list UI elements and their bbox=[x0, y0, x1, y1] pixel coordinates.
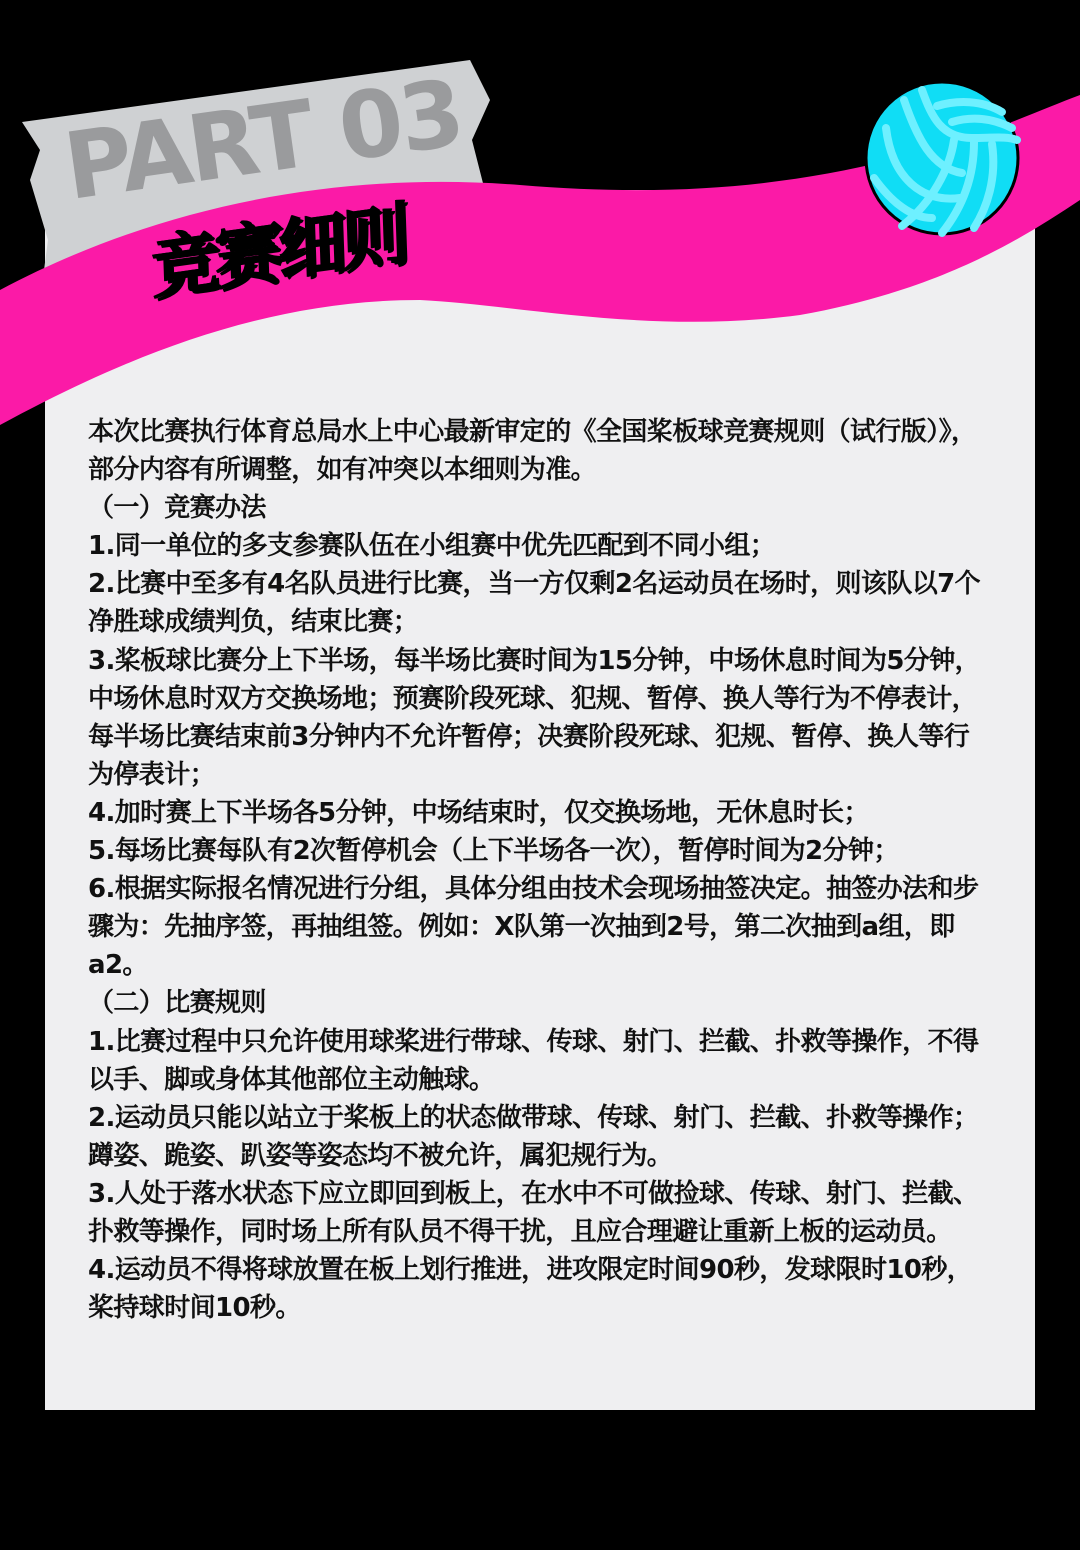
rule-item: 4.运动员不得将球放置在板上划行推进，进攻限定时间90秒，发球限时10秒，桨持球… bbox=[88, 1251, 993, 1327]
rules-text: 本次比赛执行体育总局水上中心最新审定的《全国桨板球竞赛规则（试行版）》，部分内容… bbox=[88, 413, 993, 1327]
rule-item: 5.每场比赛每队有2次暂停机会（上下半场各一次），暂停时间为2分钟； bbox=[88, 832, 993, 870]
rule-item: 6.根据实际报名情况进行分组，具体分组由技术会现场抽签决定。抽签办法和步骤为：先… bbox=[88, 870, 993, 984]
rule-item: 1.同一单位的多支参赛队伍在小组赛中优先匹配到不同小组； bbox=[88, 527, 993, 565]
rule-item: 3.人处于落水状态下应立即回到板上，在水中不可做捡球、传球、射门、拦截、扑救等操… bbox=[88, 1175, 993, 1251]
section-heading-1: （一）竞赛办法 bbox=[88, 489, 993, 527]
volleyball-icon bbox=[862, 78, 1022, 238]
rule-item: 1.比赛过程中只允许使用球桨进行带球、传球、射门、拦截、扑救等操作，不得以手、脚… bbox=[88, 1023, 993, 1099]
rule-item: 3.桨板球比赛分上下半场，每半场比赛时间为15分钟，中场休息时间为5分钟，中场休… bbox=[88, 642, 993, 794]
rule-item: 2.比赛中至多有4名队员进行比赛，当一方仅剩2名运动员在场时，则该队以7个净胜球… bbox=[88, 565, 993, 641]
rule-item: 2.运动员只能以站立于桨板上的状态做带球、传球、射门、拦截、扑救等操作；蹲姿、跪… bbox=[88, 1099, 993, 1175]
section-heading-2: （二）比赛规则 bbox=[88, 984, 993, 1022]
intro-paragraph: 本次比赛执行体育总局水上中心最新审定的《全国桨板球竞赛规则（试行版）》，部分内容… bbox=[88, 413, 993, 489]
rule-item: 4.加时赛上下半场各5分钟，中场结束时，仅交换场地，无休息时长； bbox=[88, 794, 993, 832]
